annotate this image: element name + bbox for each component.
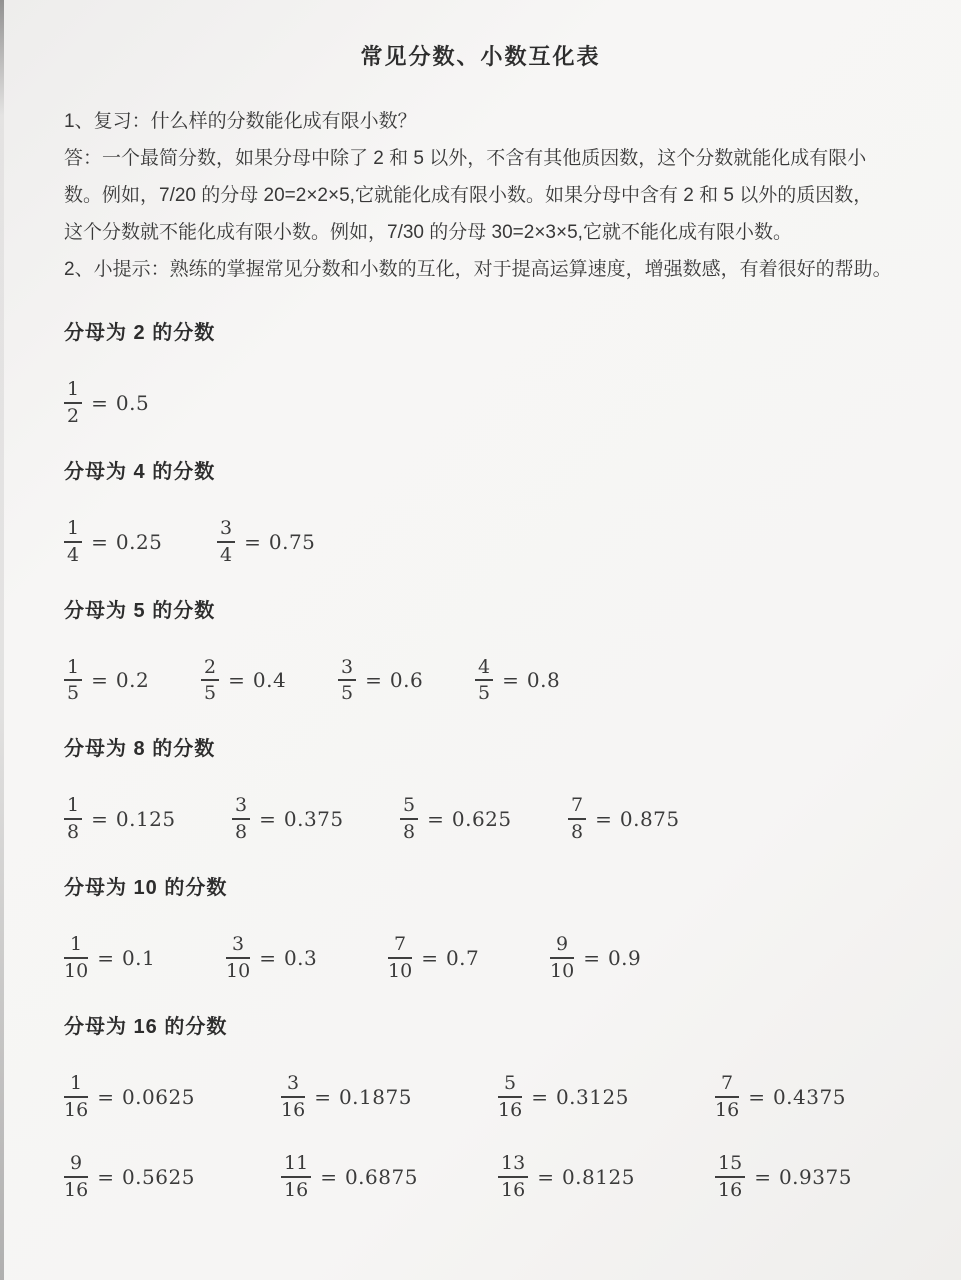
- equation-row: 14=0.25 34=0.75: [64, 518, 961, 566]
- fraction-denominator: 5: [201, 681, 219, 704]
- decimal-text: 0.3125: [556, 1085, 629, 1109]
- decimal-text: 0.6875: [345, 1165, 418, 1189]
- decimal-value: =0.875: [595, 807, 680, 831]
- fraction: 45: [475, 657, 493, 705]
- decimal-text: 0.9375: [779, 1165, 852, 1189]
- fraction: 110: [64, 934, 88, 982]
- fraction-denominator: 16: [281, 1178, 311, 1201]
- fraction-denominator: 10: [226, 959, 250, 982]
- decimal-value: =0.7: [421, 946, 479, 970]
- fraction-numerator: 3: [226, 934, 250, 959]
- equals-sign: =: [259, 807, 276, 831]
- fraction-equation: 110=0.1: [64, 934, 226, 982]
- fraction-equation: 25=0.4: [201, 657, 338, 705]
- equation-row: 110=0.1 310=0.3 710=0.7 910=0.9: [64, 934, 961, 982]
- section-heading: 分母为 8 的分数: [64, 732, 961, 761]
- equation-row: 12=0.5: [64, 379, 961, 427]
- fraction-equation: 910=0.9: [550, 934, 712, 982]
- decimal-text: 0.5: [116, 391, 149, 415]
- fraction: 116: [64, 1073, 88, 1121]
- fraction-numerator: 1: [64, 1073, 88, 1098]
- equals-sign: =: [427, 807, 444, 831]
- decimal-text: 0.8125: [562, 1165, 635, 1189]
- equals-sign: =: [748, 1085, 765, 1109]
- equals-sign: =: [91, 668, 108, 692]
- equals-sign: =: [531, 1085, 548, 1109]
- equation-row: 15=0.2 25=0.4 35=0.6 45=0.8: [64, 657, 961, 705]
- fraction-denominator: 5: [64, 681, 82, 704]
- fraction-equation: 15=0.2: [64, 657, 201, 705]
- fraction-numerator: 3: [338, 657, 356, 682]
- decimal-value: =0.375: [259, 807, 344, 831]
- fraction: 910: [550, 934, 574, 982]
- decimal-value: =0.8125: [537, 1165, 635, 1189]
- section-heading: 分母为 4 的分数: [64, 455, 961, 484]
- decimal-value: =0.4: [228, 668, 286, 692]
- fraction-numerator: 5: [498, 1073, 522, 1098]
- equals-sign: =: [537, 1165, 554, 1189]
- fraction: 25: [201, 657, 219, 705]
- decimal-text: 0.375: [284, 807, 344, 831]
- decimal-text: 0.4: [253, 668, 286, 692]
- fraction-denominator: 16: [64, 1098, 88, 1121]
- fraction-numerator: 1: [64, 934, 88, 959]
- fraction-numerator: 1: [64, 379, 82, 404]
- fraction-equation: 12=0.5: [64, 379, 149, 427]
- decimal-text: 0.25: [116, 530, 163, 554]
- decimal-value: =0.5625: [97, 1165, 195, 1189]
- fraction-denominator: 4: [217, 543, 235, 566]
- fraction-equation: 18=0.125: [64, 795, 232, 843]
- decimal-text: 0.6: [390, 668, 423, 692]
- equals-sign: =: [583, 946, 600, 970]
- intro-tip: 2、小提示：熟练的掌握常见分数和小数的互化，对于提高运算速度，增强数感，有着很好…: [64, 251, 947, 288]
- fraction-numerator: 3: [232, 795, 250, 820]
- equals-sign: =: [97, 1165, 114, 1189]
- decimal-text: 0.3: [284, 946, 317, 970]
- section-denominator-5: 分母为 5 的分数 15=0.2 25=0.4 35=0.6 45=0.8: [64, 594, 961, 705]
- decimal-value: =0.6: [365, 668, 423, 692]
- fraction-numerator: 1: [64, 518, 82, 543]
- decimal-text: 0.0625: [122, 1085, 195, 1109]
- fraction: 12: [64, 379, 82, 427]
- fraction-equation: 316=0.1875: [281, 1073, 498, 1121]
- decimal-text: 0.875: [620, 807, 680, 831]
- fraction-numerator: 5: [400, 795, 418, 820]
- intro-answer-line: 答：一个最简分数，如果分母中除了 2 和 5 以外，不含有其他质因数，这个分数就…: [64, 140, 947, 177]
- equation-row: 18=0.125 38=0.375 58=0.625 78=0.875: [64, 795, 961, 843]
- decimal-value: =0.3: [259, 946, 317, 970]
- scan-edge-artifact: [0, 0, 4, 1280]
- fraction: 516: [498, 1073, 522, 1121]
- decimal-value: =0.75: [244, 530, 315, 554]
- fraction-equation: 116=0.0625: [64, 1073, 281, 1121]
- fraction: 38: [232, 795, 250, 843]
- fraction-numerator: 3: [217, 518, 235, 543]
- fraction-denominator: 10: [64, 959, 88, 982]
- equals-sign: =: [91, 530, 108, 554]
- fraction-numerator: 9: [64, 1153, 88, 1178]
- decimal-value: =0.9375: [754, 1165, 852, 1189]
- decimal-value: =0.1: [97, 946, 155, 970]
- fraction-numerator: 2: [201, 657, 219, 682]
- fraction-denominator: 5: [475, 681, 493, 704]
- equals-sign: =: [91, 807, 108, 831]
- fraction-numerator: 9: [550, 934, 574, 959]
- fraction: 78: [568, 795, 586, 843]
- fraction: 710: [388, 934, 412, 982]
- section-heading: 分母为 2 的分数: [64, 316, 961, 345]
- fraction-denominator: 5: [338, 681, 356, 704]
- fraction-numerator: 13: [498, 1153, 528, 1178]
- equation-row: 116=0.0625 316=0.1875 516=0.3125 716=0.4…: [64, 1073, 961, 1121]
- fraction: 58: [400, 795, 418, 843]
- document-page: 常见分数、小数互化表 1、复习：什么样的分数能化成有限小数？ 答：一个最简分数，…: [0, 0, 961, 1280]
- fraction: 316: [281, 1073, 305, 1121]
- decimal-text: 0.2: [116, 668, 149, 692]
- fraction-denominator: 8: [568, 820, 586, 843]
- fraction-denominator: 16: [715, 1178, 745, 1201]
- equals-sign: =: [91, 391, 108, 415]
- equals-sign: =: [244, 530, 261, 554]
- decimal-text: 0.8: [527, 668, 560, 692]
- fraction-equation: 34=0.75: [217, 518, 370, 566]
- fraction-denominator: 2: [64, 404, 82, 427]
- equals-sign: =: [320, 1165, 337, 1189]
- fraction-denominator: 4: [64, 543, 82, 566]
- fraction-denominator: 16: [715, 1098, 739, 1121]
- decimal-value: =0.6875: [320, 1165, 418, 1189]
- fraction-equation: 38=0.375: [232, 795, 400, 843]
- equals-sign: =: [595, 807, 612, 831]
- fraction-denominator: 16: [498, 1178, 528, 1201]
- decimal-value: =0.2: [91, 668, 149, 692]
- fraction-equation: 310=0.3: [226, 934, 388, 982]
- fraction-equation: 710=0.7: [388, 934, 550, 982]
- equals-sign: =: [97, 946, 114, 970]
- document-title: 常见分数、小数互化表: [0, 0, 961, 71]
- decimal-value: =0.8: [502, 668, 560, 692]
- decimal-value: =0.0625: [97, 1085, 195, 1109]
- fraction-denominator: 8: [64, 820, 82, 843]
- decimal-text: 0.125: [116, 807, 176, 831]
- fraction-numerator: 7: [568, 795, 586, 820]
- equals-sign: =: [228, 668, 245, 692]
- section-denominator-2: 分母为 2 的分数 12=0.5: [64, 316, 961, 427]
- equals-sign: =: [259, 946, 276, 970]
- fraction: 916: [64, 1153, 88, 1201]
- decimal-value: =0.3125: [531, 1085, 629, 1109]
- equals-sign: =: [97, 1085, 114, 1109]
- intro-answer-line: 数。例如，7/20 的分母 20=2×2×5,它就能化成有限小数。如果分母中含有…: [64, 177, 947, 214]
- intro-block: 1、复习：什么样的分数能化成有限小数？ 答：一个最简分数，如果分母中除了 2 和…: [64, 103, 947, 288]
- decimal-value: =0.25: [91, 530, 162, 554]
- section-denominator-8: 分母为 8 的分数 18=0.125 38=0.375 58=0.625 78=…: [64, 732, 961, 843]
- fraction-equation: 58=0.625: [400, 795, 568, 843]
- equals-sign: =: [421, 946, 438, 970]
- fraction-denominator: 10: [388, 959, 412, 982]
- equals-sign: =: [365, 668, 382, 692]
- intro-question: 1、复习：什么样的分数能化成有限小数？: [64, 103, 947, 140]
- decimal-value: =0.125: [91, 807, 176, 831]
- section-heading: 分母为 5 的分数: [64, 594, 961, 623]
- conversion-sections: 分母为 2 的分数 12=0.5 分母为 4 的分数 14=0.25 34=0.…: [64, 316, 961, 1200]
- fraction: 1316: [498, 1153, 528, 1201]
- fraction-denominator: 10: [550, 959, 574, 982]
- decimal-text: 0.9: [608, 946, 641, 970]
- fraction-denominator: 8: [232, 820, 250, 843]
- fraction-denominator: 8: [400, 820, 418, 843]
- fraction: 34: [217, 518, 235, 566]
- decimal-value: =0.5: [91, 391, 149, 415]
- fraction: 15: [64, 657, 82, 705]
- fraction-equation: 716=0.4375: [715, 1073, 932, 1121]
- section-heading: 分母为 10 的分数: [64, 871, 961, 900]
- fraction: 14: [64, 518, 82, 566]
- section-heading: 分母为 16 的分数: [64, 1010, 961, 1039]
- fraction-denominator: 16: [498, 1098, 522, 1121]
- fraction-equation: 1316=0.8125: [498, 1153, 715, 1201]
- fraction-equation: 78=0.875: [568, 795, 736, 843]
- decimal-text: 0.7: [446, 946, 479, 970]
- fraction: 18: [64, 795, 82, 843]
- decimal-text: 0.625: [452, 807, 512, 831]
- decimal-value: =0.9: [583, 946, 641, 970]
- fraction-numerator: 7: [388, 934, 412, 959]
- fraction-numerator: 15: [715, 1153, 745, 1178]
- section-denominator-10: 分母为 10 的分数 110=0.1 310=0.3 710=0.7 910=0…: [64, 871, 961, 982]
- fraction-denominator: 16: [64, 1178, 88, 1201]
- fraction-equation: 1116=0.6875: [281, 1153, 498, 1201]
- decimal-text: 0.4375: [773, 1085, 846, 1109]
- equals-sign: =: [502, 668, 519, 692]
- decimal-text: 0.5625: [122, 1165, 195, 1189]
- decimal-text: 0.75: [269, 530, 316, 554]
- fraction-numerator: 3: [281, 1073, 305, 1098]
- fraction: 1116: [281, 1153, 311, 1201]
- fraction-numerator: 1: [64, 795, 82, 820]
- decimal-value: =0.1875: [314, 1085, 412, 1109]
- fraction-equation: 1516=0.9375: [715, 1153, 932, 1201]
- fraction-equation: 916=0.5625: [64, 1153, 281, 1201]
- decimal-value: =0.625: [427, 807, 512, 831]
- decimal-text: 0.1875: [339, 1085, 412, 1109]
- fraction: 716: [715, 1073, 739, 1121]
- decimal-text: 0.1: [122, 946, 155, 970]
- fraction: 1516: [715, 1153, 745, 1201]
- fraction: 35: [338, 657, 356, 705]
- equation-row: 916=0.5625 1116=0.6875 1316=0.8125 1516=…: [64, 1153, 961, 1201]
- decimal-value: =0.4375: [748, 1085, 846, 1109]
- fraction-numerator: 7: [715, 1073, 739, 1098]
- section-denominator-4: 分母为 4 的分数 14=0.25 34=0.75: [64, 455, 961, 566]
- fraction-numerator: 11: [281, 1153, 311, 1178]
- intro-answer-line: 这个分数就不能化成有限小数。例如，7/30 的分母 30=2×3×5,它就不能化…: [64, 214, 947, 251]
- fraction-denominator: 16: [281, 1098, 305, 1121]
- section-denominator-16: 分母为 16 的分数 116=0.0625 316=0.1875 516=0.3…: [64, 1010, 961, 1201]
- fraction-equation: 35=0.6: [338, 657, 475, 705]
- fraction: 310: [226, 934, 250, 982]
- fraction-equation: 45=0.8: [475, 657, 612, 705]
- fraction-equation: 516=0.3125: [498, 1073, 715, 1121]
- equals-sign: =: [314, 1085, 331, 1109]
- equals-sign: =: [754, 1165, 771, 1189]
- fraction-numerator: 4: [475, 657, 493, 682]
- fraction-equation: 14=0.25: [64, 518, 217, 566]
- fraction-numerator: 1: [64, 657, 82, 682]
